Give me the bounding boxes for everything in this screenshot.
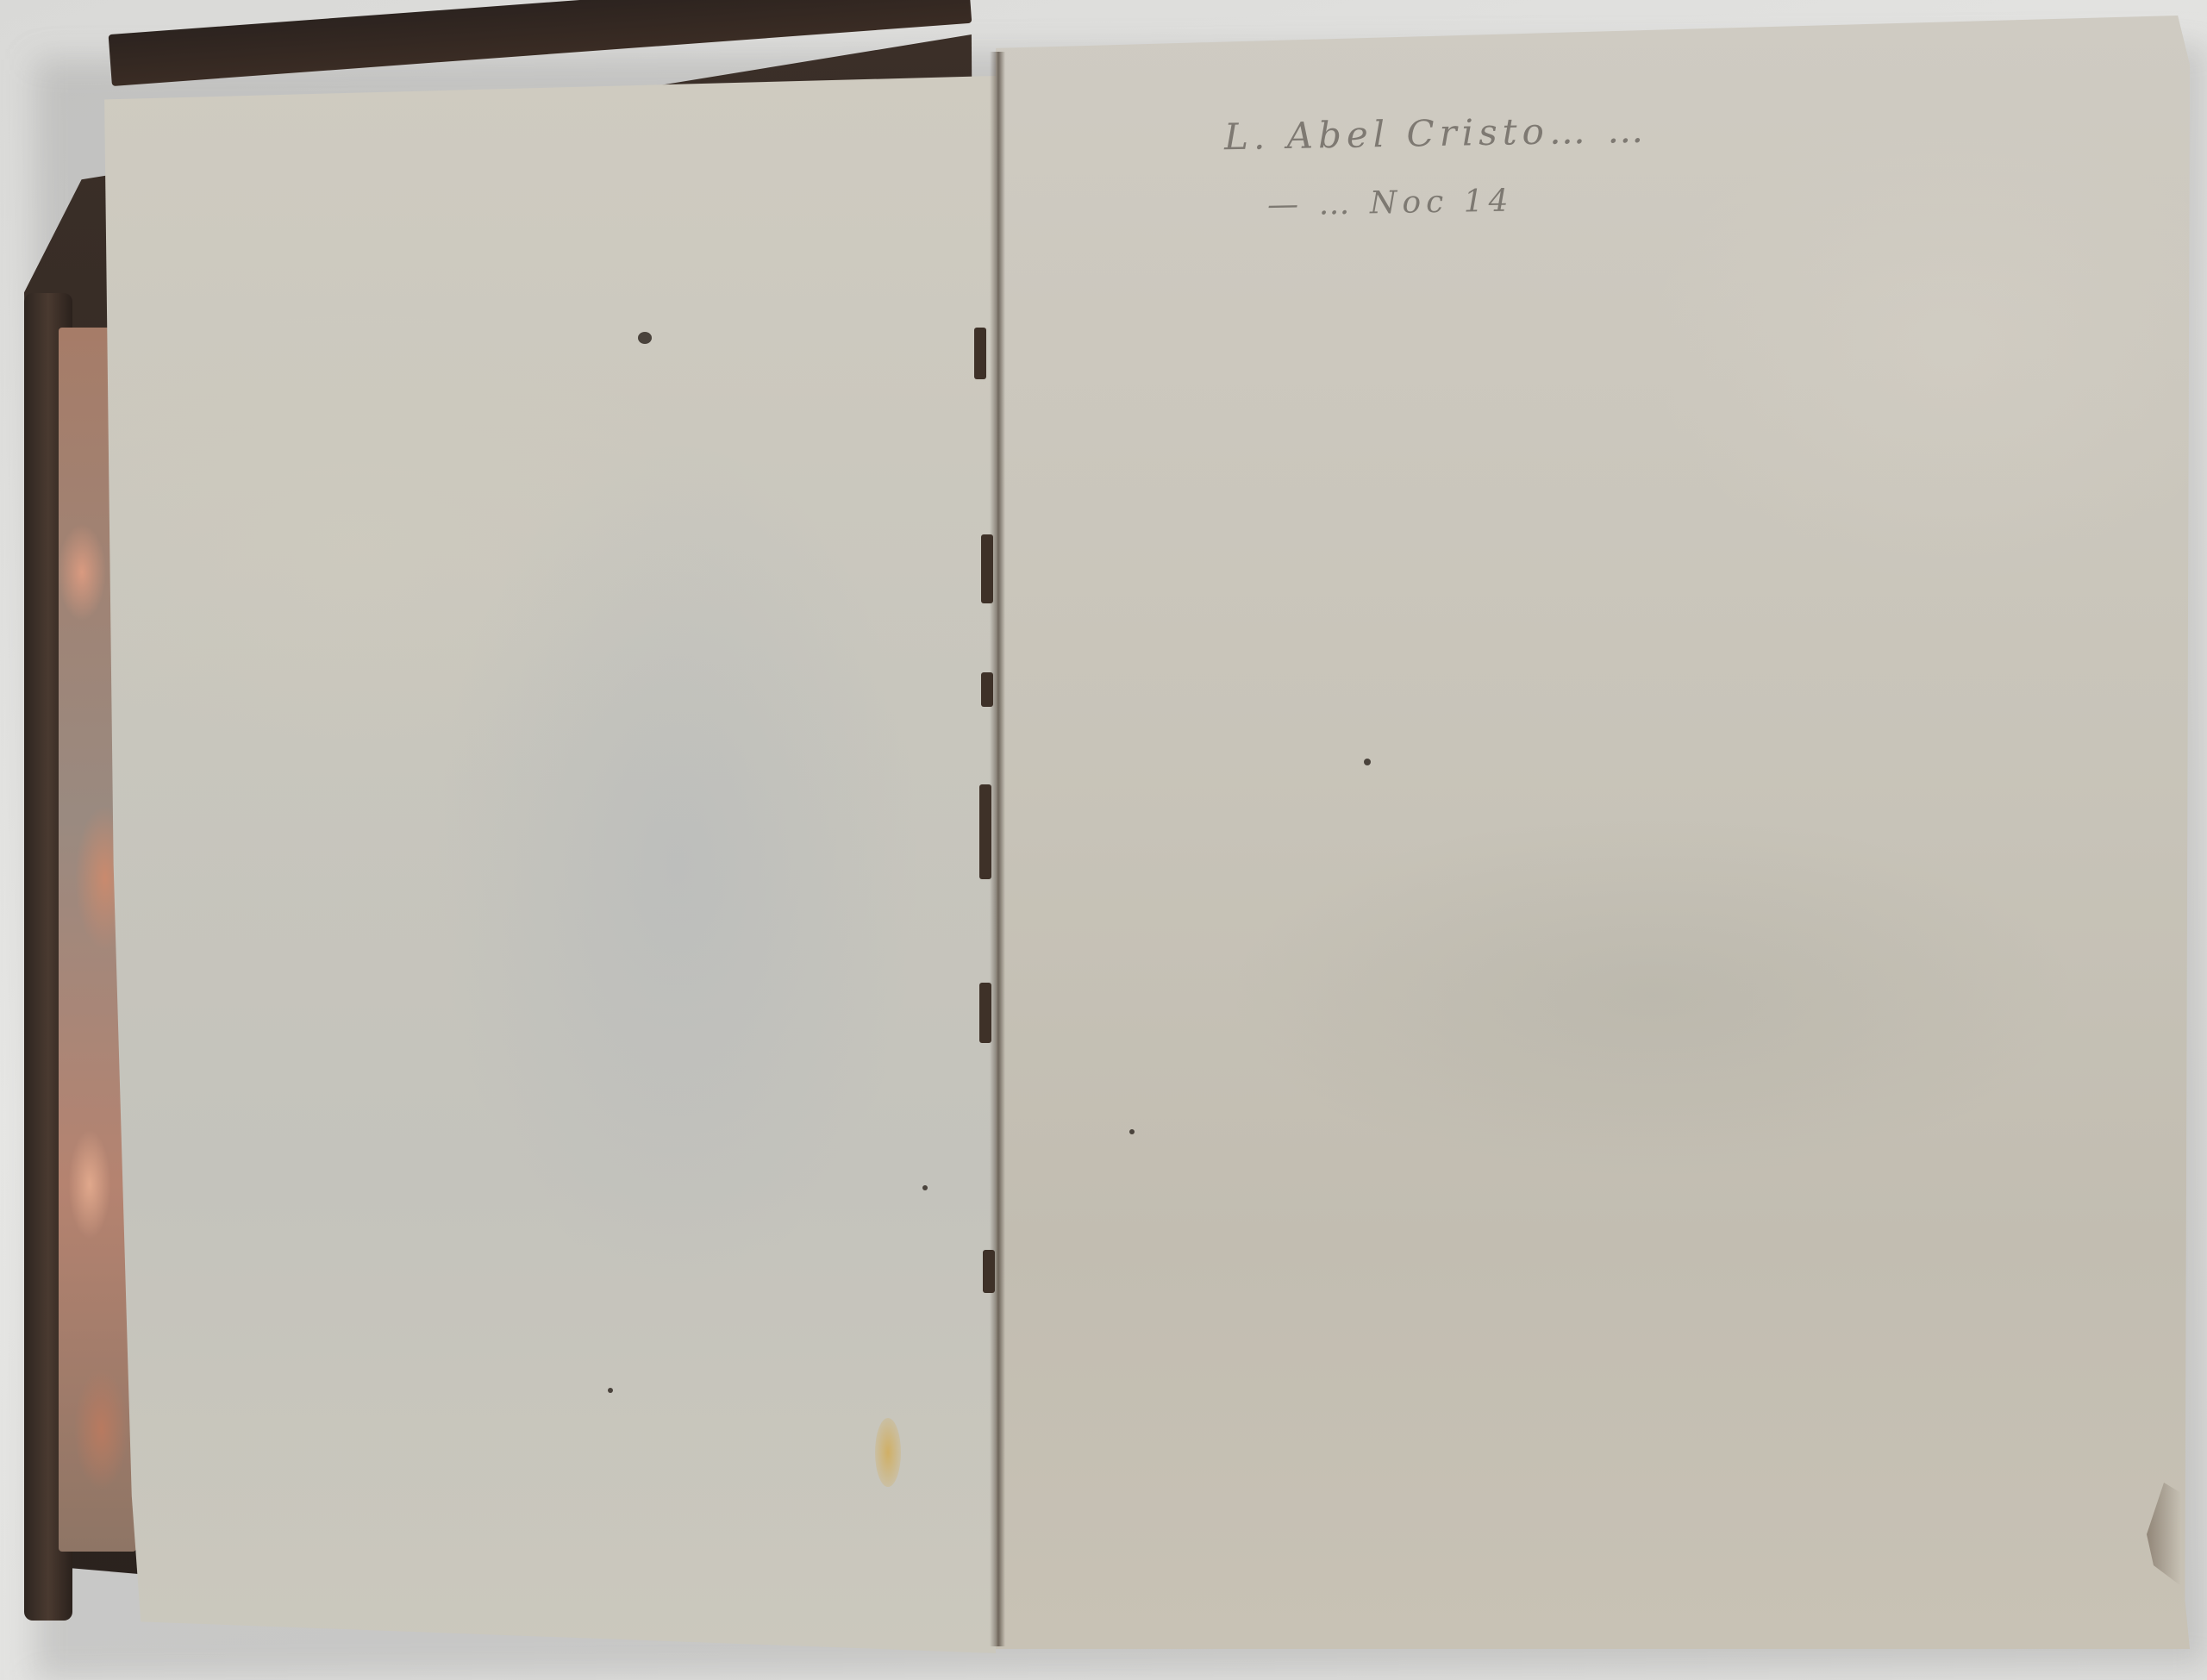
right-page <box>996 16 2190 1649</box>
foxing-spot <box>608 1388 613 1393</box>
foxing-spot <box>1129 1129 1135 1134</box>
binding-fragment <box>981 534 993 603</box>
binding-fragment <box>983 1250 995 1293</box>
inscription-line-1: L. Abel Cristo… … <box>1224 109 1649 159</box>
binding-fragment <box>981 672 993 707</box>
left-page <box>86 76 996 1653</box>
foxing-spot <box>1364 759 1371 765</box>
yellow-stain <box>875 1418 901 1487</box>
book-gutter <box>990 52 1005 1646</box>
inscription-line-2: — … Noc 14 <box>1267 184 1514 223</box>
binding-fragment <box>974 328 986 379</box>
binding-fragment <box>979 983 991 1043</box>
foxing-spot <box>922 1185 928 1190</box>
binding-fragment <box>979 784 991 879</box>
foxing-spot <box>638 332 652 344</box>
